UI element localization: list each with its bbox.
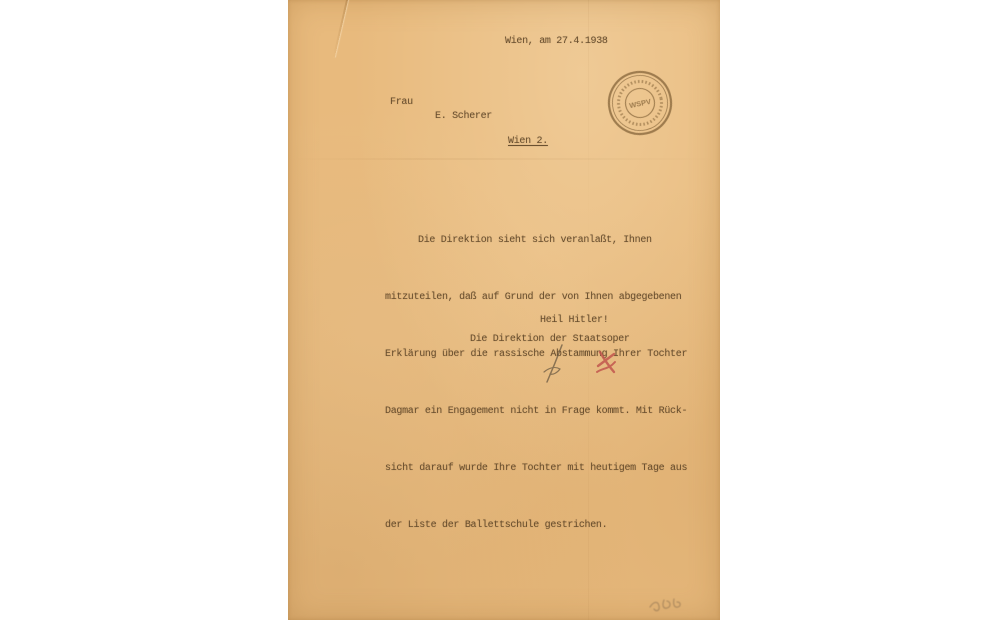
paper-crease	[333, 0, 349, 57]
body-line: mitzuteilen, daß auf Grund der von Ihnen…	[385, 288, 687, 307]
body-line: der Liste der Ballettschule gestrichen.	[385, 516, 687, 535]
scan-background: Wien, am 27.4.1938 Frau E. Scherer Wien …	[0, 0, 1005, 620]
red-pencil-mark	[594, 348, 618, 376]
recipient-name: E. Scherer	[435, 111, 492, 122]
body-line: Die Direktion sieht sich veranlaßt, Ihne…	[385, 231, 687, 250]
stamp-center-text: WSPV	[628, 97, 651, 110]
dateline: Wien, am 27.4.1938	[505, 36, 608, 47]
circular-stamp: WSPV	[598, 61, 681, 144]
recipient-salutation: Frau	[390, 97, 413, 108]
recipient-city: Wien 2.	[508, 136, 548, 147]
paper-crease	[288, 158, 720, 160]
pencil-signature-mark	[536, 342, 570, 386]
closing-salute: Heil Hitler!	[540, 315, 608, 326]
body-line: Dagmar ein Engagement nicht in Frage kom…	[385, 402, 687, 421]
body-line: sicht darauf wurde Ihre Tochter mit heut…	[385, 459, 687, 478]
corner-pencil-note	[646, 593, 684, 615]
letter-paper: Wien, am 27.4.1938 Frau E. Scherer Wien …	[288, 0, 720, 620]
